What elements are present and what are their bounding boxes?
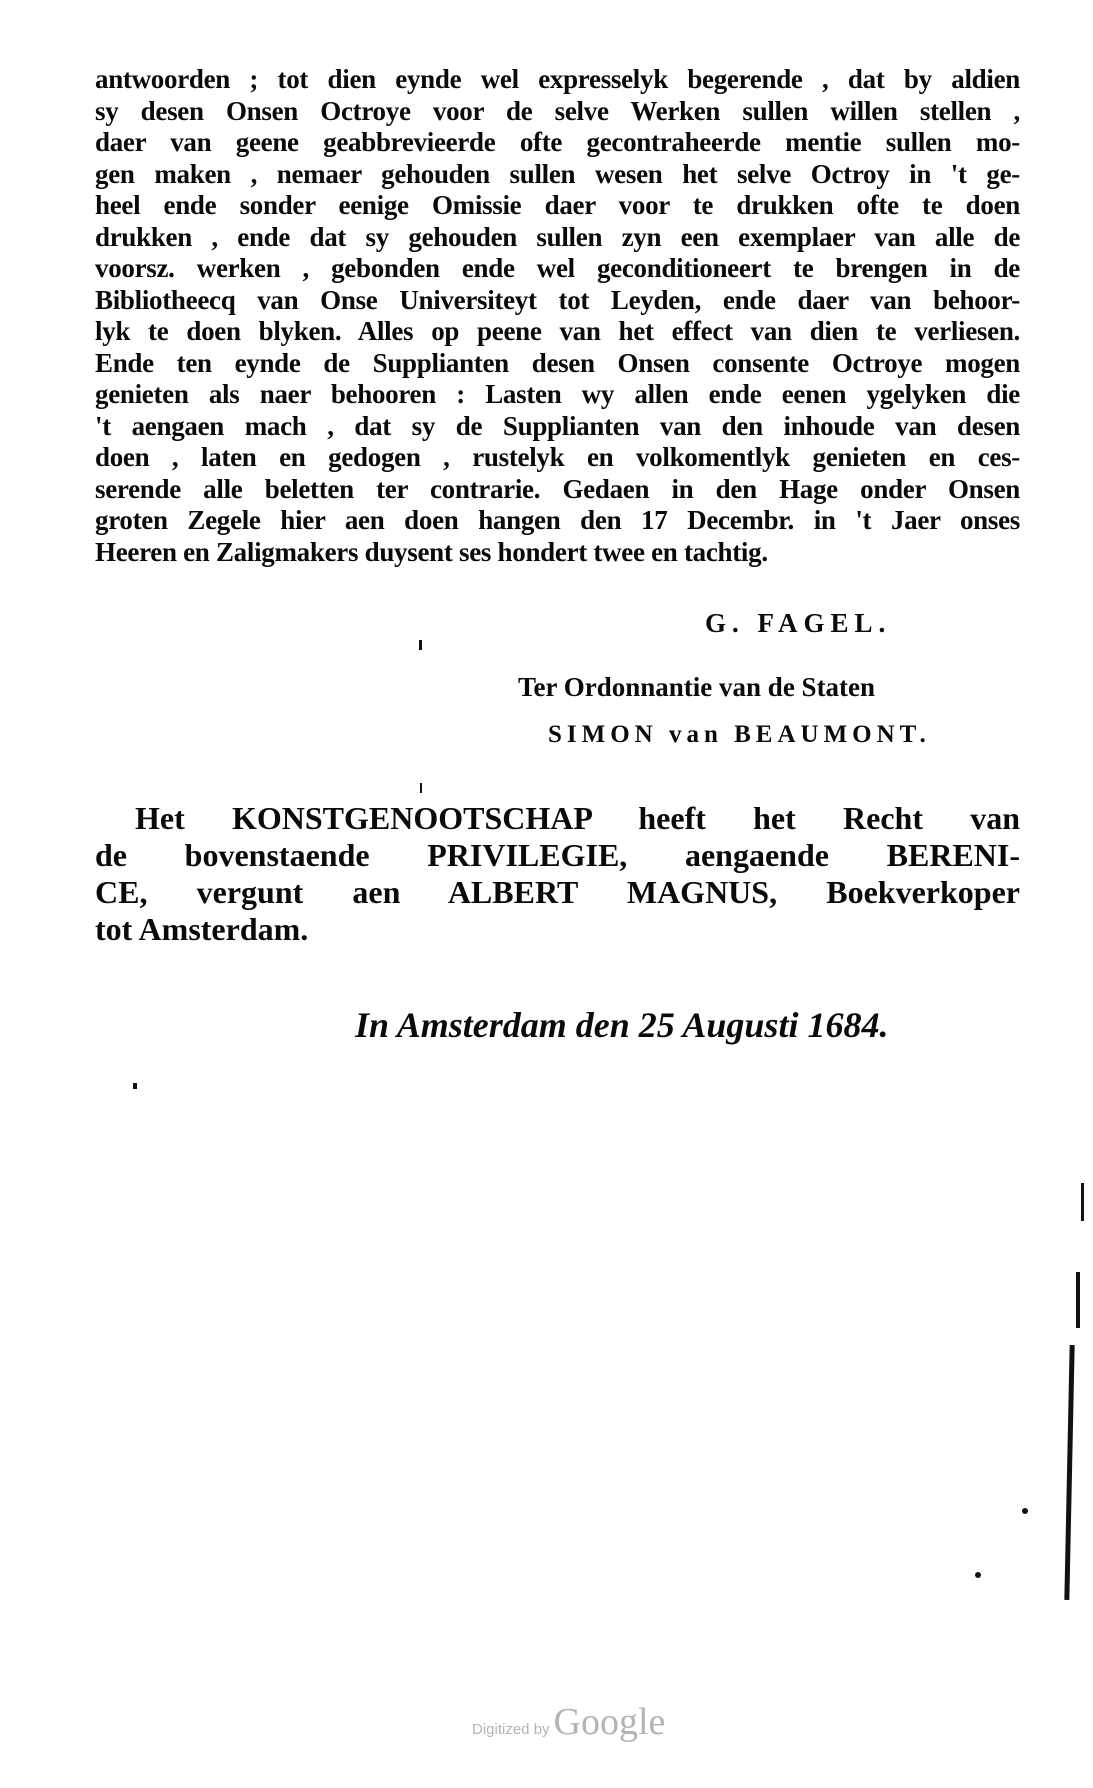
text-line: groten Zegele hier aen doen hangen den 1… (95, 505, 1020, 537)
octroy-body-text: antwoorden ; tot dien eynde wel expresse… (95, 64, 1020, 568)
text-line: drukken , ende dat sy gehouden sullen zy… (95, 222, 1020, 254)
text-line: doen , laten en gedogen , rustelyk en vo… (95, 442, 1020, 474)
text-line: genieten als naer behooren : Lasten wy a… (95, 379, 1020, 411)
scan-artifact-mark (133, 1083, 137, 1089)
privilege-line: Het KONSTGENOOTSCHAP heeft het Recht van (95, 800, 1020, 837)
scan-artifact-mark (420, 783, 422, 793)
text-line: antwoorden ; tot dien eynde wel expresse… (95, 64, 1020, 96)
scan-artifact-mark (1081, 1183, 1084, 1221)
scan-artifact-mark (419, 640, 422, 650)
scan-artifact-mark (975, 1572, 981, 1578)
scanned-page: antwoorden ; tot dien eynde wel expresse… (0, 0, 1093, 1788)
text-line: serende alle beletten ter contrarie. Ged… (95, 474, 1020, 506)
scan-artifact-mark (1076, 1272, 1080, 1328)
text-line: Heeren en Zaligmakers duysent ses honder… (95, 537, 1020, 569)
text-line: Bibliotheecq van Onse Universiteyt tot L… (95, 285, 1020, 317)
scan-artifact-mark (1064, 1345, 1074, 1600)
google-digitized-watermark: Digitized by Google (472, 1700, 665, 1744)
text-line: voorsz. werken , gebonden ende wel gecon… (95, 253, 1020, 285)
privilege-line: CE, vergunt aen ALBERT MAGNUS, Boekverko… (95, 874, 1020, 911)
text-line: 't aengaen mach , dat sy de Supplianten … (95, 411, 1020, 443)
watermark-prefix: Digitized by (472, 1721, 550, 1738)
signature-fagel: G. FAGEL. (705, 608, 891, 639)
date-line: In Amsterdam den 25 Augusti 1684. (355, 1004, 888, 1046)
signature-ordonnantie: Ter Ordonnantie van de Staten (518, 672, 875, 703)
text-line: gen maken , nemaer gehouden sullen wesen… (95, 159, 1020, 191)
privilege-transfer-paragraph: Het KONSTGENOOTSCHAP heeft het Recht van… (95, 800, 1020, 948)
text-line: sy desen Onsen Octroye voor de selve Wer… (95, 96, 1020, 128)
text-line: lyk te doen blyken. Alles op peene van h… (95, 316, 1020, 348)
text-line: daer van geene geabbrevieerde ofte gecon… (95, 127, 1020, 159)
privilege-line: de bovenstaende PRIVILEGIE, aengaende BE… (95, 837, 1020, 874)
google-logo-text: Google (554, 1701, 666, 1743)
signature-beaumont: SIMON van BEAUMONT. (548, 721, 931, 749)
privilege-line: tot Amsterdam. (95, 911, 1020, 948)
scan-artifact-mark (1022, 1508, 1028, 1514)
text-line: heel ende sonder eenige Omissie daer voo… (95, 190, 1020, 222)
text-line: Ende ten eynde de Supplianten desen Onse… (95, 348, 1020, 380)
